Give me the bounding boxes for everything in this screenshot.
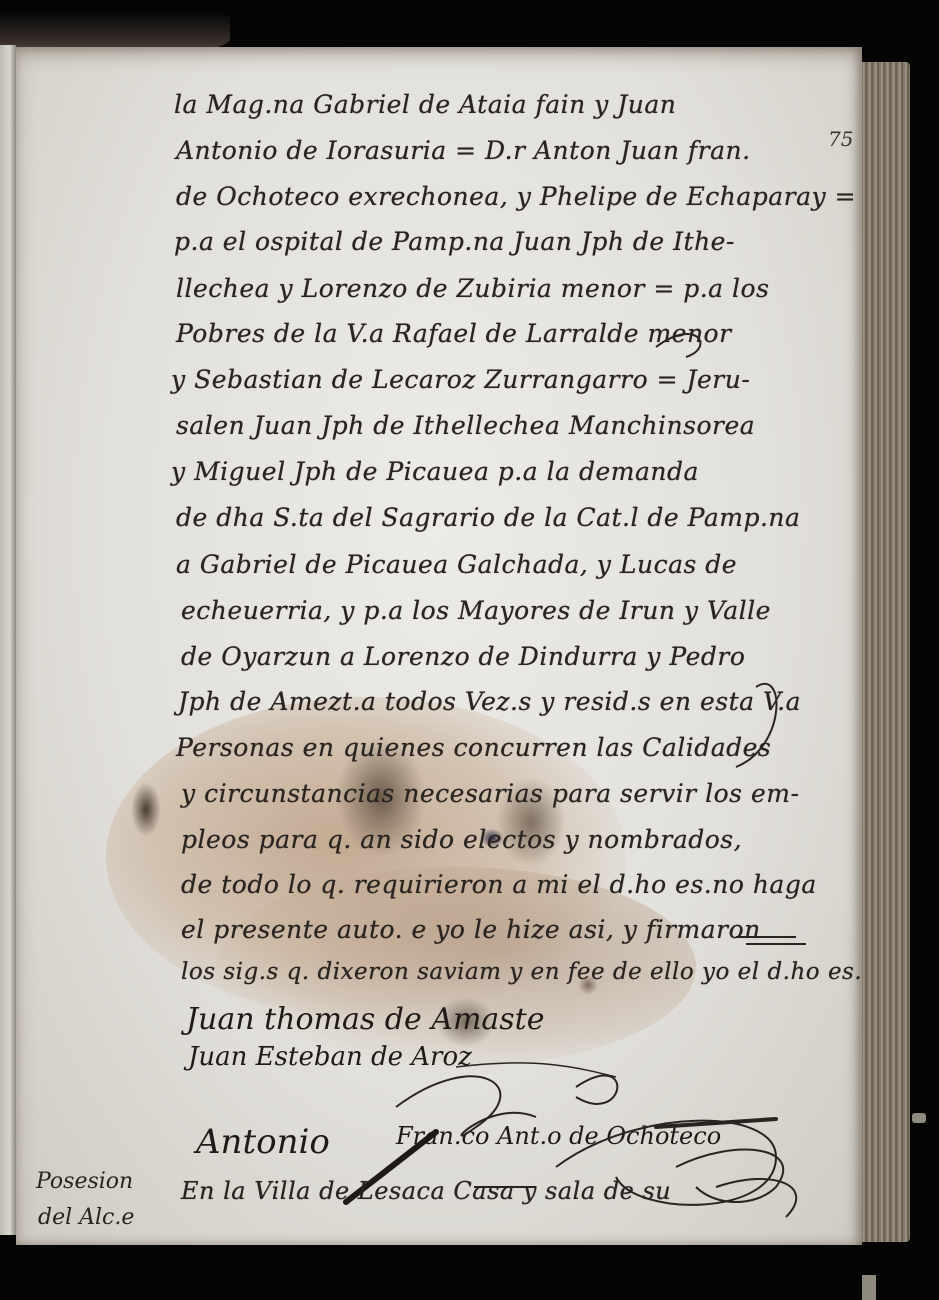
text-line: y circunstancias necesarias para servir … (181, 779, 799, 808)
bookmark-ribbon-bottom (862, 1275, 876, 1300)
signature: Fran.co Ant.o de Ochoteco (396, 1122, 721, 1150)
text-line: Antonio de Iorasuria = D.r Anton Juan fr… (176, 136, 751, 165)
text-line: p.a el ospital de Pamp.na Juan Jph de It… (174, 227, 735, 256)
folio-number: 75 (828, 127, 853, 151)
text-line: y Miguel Jph de Picauea p.a la demanda (171, 457, 699, 486)
signature: Juan Esteban de Aroz (188, 1042, 472, 1072)
text-line: Pobres de la V.a Rafael de Larralde meno… (176, 319, 732, 348)
margin-note: del Alc.e (38, 1205, 134, 1230)
book-page-edges (862, 62, 910, 1242)
text-line: pleos para q. an sido electos y nombrado… (181, 825, 742, 854)
bookmark-ribbon-top (912, 1113, 926, 1123)
previous-page-edge (0, 45, 16, 1235)
text-line: y Sebastian de Lecaroz Zurrangarro = Jer… (171, 365, 750, 394)
text-line: salen Juan Jph de Ithellechea Manchinsor… (176, 411, 755, 440)
manuscript-page: 75 la Mag.na Gabriel de Ataia fain y Jua… (16, 47, 862, 1245)
signature: Juan thomas de Amaste (186, 1002, 545, 1037)
text-line: los sig.s q. dixeron saviam y en fee de … (181, 959, 862, 985)
text-line: de Oyarzun a Lorenzo de Dindurra y Pedro (181, 642, 745, 671)
text-line: la Mag.na Gabriel de Ataia fain y Juan (174, 90, 676, 119)
text-line: Personas en quienes concurren las Calida… (176, 733, 771, 762)
closing-line: En la Villa de Lesaca Casa y sala de su (181, 1177, 671, 1205)
text-line: llechea y Lorenzo de Zubiria menor = p.a… (176, 274, 769, 303)
text-line: el presente auto. e yo le hize asi, y fi… (181, 915, 761, 944)
signature: Antonio (196, 1122, 330, 1162)
margin-note: Posesion (36, 1169, 133, 1194)
text-line: de dha S.ta del Sagrario de la Cat.l de … (176, 503, 800, 532)
text-line: Jph de Amezt.a todos Vez.s y resid.s en … (178, 687, 801, 716)
text-line: echeuerria, y p.a los Mayores de Irun y … (181, 596, 771, 625)
mold-spot (131, 782, 161, 837)
text-line: a Gabriel de Picauea Galchada, y Lucas d… (176, 550, 737, 579)
text-line: de todo lo q. requirieron a mi el d.ho e… (181, 870, 817, 899)
text-line: de Ochoteco exrechonea, y Phelipe de Ech… (176, 182, 856, 211)
